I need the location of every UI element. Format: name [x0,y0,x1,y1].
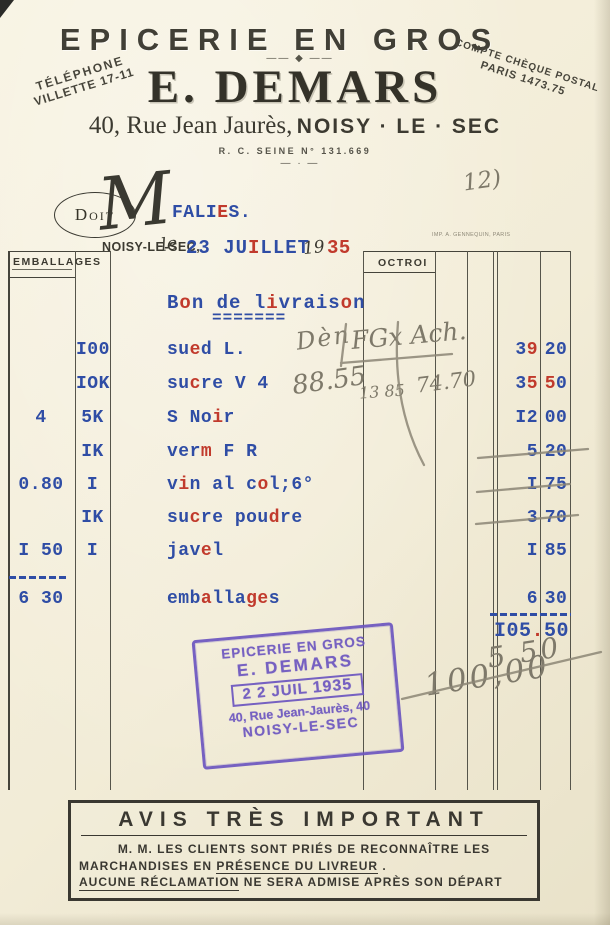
cell-francs: 39 [492,340,538,360]
cell-francs: 3 [492,508,538,528]
cell-emballages: 0.80 [8,475,74,495]
table-row: 6 30emballages630 [0,589,610,609]
cell-quantity: I [76,475,109,495]
cell-francs: 35 [492,374,538,394]
cell-centimes: 20 [541,340,571,360]
cell-quantity: 5K [76,408,109,428]
paper-edge-shadow-bottom [0,913,610,925]
pencil-number-b: 13 85 [358,380,405,402]
printer-credit: IMP. A. GENNEQUIN, PARIS [432,231,510,237]
cell-item-name: vin al col;6° [167,475,427,495]
cell-emballages: 6 30 [8,589,74,609]
ornament-divider-2: — · — [240,158,360,169]
cell-centimes: 75 [541,475,571,495]
cell-francs: I [492,541,538,561]
table-row: 0.80Ivin al col;6°I75 [0,475,610,495]
cell-centimes: 70 [541,508,571,528]
total-rule [490,613,571,616]
table-row: I 50IjavelI85 [0,541,610,561]
table-rule [8,277,76,278]
cell-centimes: 20 [541,442,571,462]
stamp-year: 1935 [312,676,353,697]
trade-register-line: R. C. SEINE N° 131.669 [0,146,590,156]
cell-francs: I2 [492,408,538,428]
underlined-text: AUCUNE RÉCLAMATION [79,875,239,891]
cell-francs: 5 [492,442,538,462]
notice-rule [81,835,527,836]
cell-item-name: verm F R [167,442,427,462]
cell-centimes: 00 [541,408,571,428]
printed-year-prefix: 19 [302,237,326,259]
scan-corner-artifact [0,0,14,18]
typed-year: 35 [327,237,351,259]
cell-item-name: sucre poudre [167,508,427,528]
table-row: 45KS NoirI200 [0,408,610,428]
cell-francs: I [492,475,538,495]
cell-item-name: javel [167,541,427,561]
monogram-m: M [94,161,175,240]
important-notice-box: AVIS TRÈS IMPORTANT M. M. LES CLIENTS SO… [68,800,540,901]
table-row: IKsucre poudre370 [0,508,610,528]
le-script: le [160,233,179,256]
paper-edge-shadow-right [594,0,610,925]
cell-quantity: I [76,541,109,561]
table-rule [363,272,435,273]
cell-quantity: I00 [76,340,109,360]
table-row: IKverm F R520 [0,442,610,462]
cell-centimes: 30 [541,589,571,609]
client-name: FALIES. [172,203,251,223]
cell-emballages: 4 [8,408,74,428]
owner-name: E. DEMARS [130,60,460,114]
stamp-date: 2 2 JUIL [242,680,309,703]
address-line: 40, Rue Jean Jaurès, NOISY · LE · SEC [0,112,590,140]
notice-title: AVIS TRÈS IMPORTANT [79,808,529,832]
notice-line-2: MARCHANDISES EN PRÉSENCE DU LIVREUR . [79,858,529,875]
emballages-subtotal-rule [9,576,66,579]
invoice-document: EPICERIE EN GROS —— ◆ —— TÉLÉPHONE VILLE… [0,0,610,925]
notice-line-3: AUCUNE RÉCLAMATION NE SERA ADMISE APRÈS … [79,874,529,891]
pencil-total: 100,00 [422,648,553,703]
rubber-stamp: EPICERIE EN GROS E. DEMARS 2 2 JUIL 1935… [192,622,405,770]
pencil-corner-note: 12) [461,165,502,196]
cell-quantity: IK [76,442,109,462]
column-header-octroi: OCTROI [378,257,428,269]
underlined-text: PRÉSENCE DU LIVREUR [216,859,378,875]
column-header-emballages: EMBALLAGES [13,256,102,268]
address-city: NOISY · LE · SEC [297,115,501,138]
pencil-number-a: 88.55 [290,361,368,401]
cell-quantity: IK [76,508,109,528]
title-underline: ======= [212,309,286,327]
cell-item-name: S Noir [167,408,427,428]
cell-quantity: IOK [76,374,109,394]
notice-line-1: M. M. LES CLIENTS SONT PRIÉS DE RECONNAÎ… [79,841,529,858]
cell-francs: 6 [492,589,538,609]
cell-centimes: 50 [541,374,571,394]
table-rule [12,269,72,270]
cell-emballages: I 50 [8,541,74,561]
cell-centimes: 85 [541,541,571,561]
address-street: 40, Rue Jean Jaurès, [89,112,292,139]
table-rule [8,251,110,252]
typed-date: 23 JUILLET [186,237,310,259]
cell-item-name: emballages [167,589,427,609]
